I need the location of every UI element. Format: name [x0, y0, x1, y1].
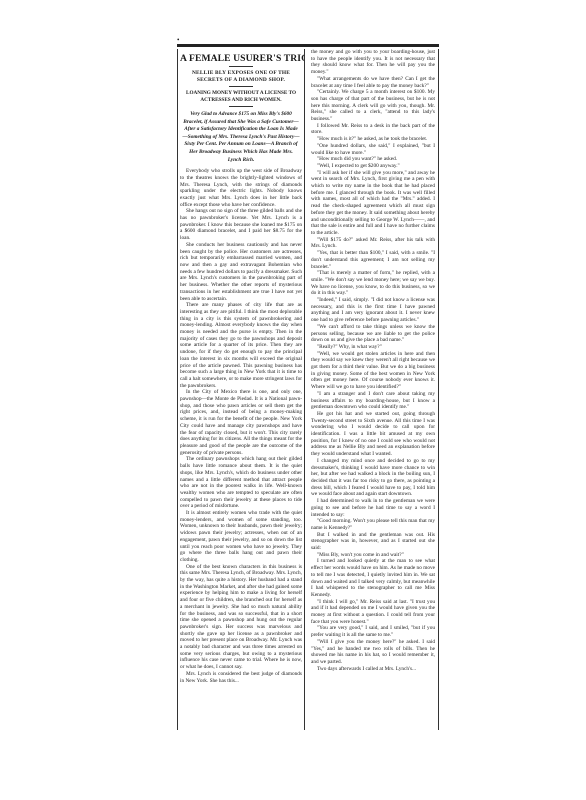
paragraph: "Miss Bly, won't you come in and wait?": [311, 552, 435, 559]
paragraph: "I am a stranger and I don't care about …: [311, 391, 435, 411]
paragraph: "That is merely a matter of form," he re…: [311, 270, 435, 297]
paragraph: But I walked in and the gentleman was ou…: [311, 532, 435, 552]
paragraph: Everybody who strolls up the west side o…: [180, 168, 302, 208]
paragraph: It is almost entirely women who trade wi…: [180, 510, 302, 564]
paragraph: "Really?" Why, in what way?": [311, 344, 435, 351]
paragraph: "Yes, that is better than $100," I said,…: [311, 250, 435, 270]
top-rule: [177, 44, 439, 47]
paragraph: "Will I give you the money here?" he ask…: [311, 639, 435, 666]
paragraph: Two days afterwards I called at Mrs. Lyn…: [311, 666, 435, 673]
newspaper-clipping: A FEMALE USURER'S TRICK. Nellie Bly Expo…: [177, 44, 439, 730]
paragraph: "How much did you want?" he asked.: [311, 156, 435, 163]
divider: [229, 86, 253, 87]
paragraph: He got his hat and we started out, going…: [311, 411, 435, 458]
headline: A FEMALE USURER'S TRICK.: [180, 53, 302, 64]
paragraph: There are many phases of city life that …: [180, 302, 302, 389]
divider: [229, 106, 253, 107]
paragraph: "Well, we would get stolen articles in h…: [311, 351, 435, 391]
column-right: the money and go with you to your boardi…: [308, 49, 439, 730]
paragraph: I followed Mr. Reiss to a desk in the ba…: [311, 123, 435, 136]
column-left: A FEMALE USURER'S TRICK. Nellie Bly Expo…: [177, 49, 305, 730]
subheadline-1: Nellie Bly Exposes One of the Secrets of…: [180, 70, 302, 84]
paragraph: "We can't afford to take things unless w…: [311, 324, 435, 344]
deck-summary: Very Glad to Advance $175 on Miss Bly's …: [182, 111, 300, 164]
paragraph: "Good morning. Won't you please tell thi…: [311, 518, 435, 531]
paragraph: "I will ask her if she will give you mor…: [311, 170, 435, 237]
paragraph: Mrs. Lynch is considered the best judge …: [180, 671, 302, 684]
paragraph: "Certainly. We charge 5 a month interest…: [311, 89, 435, 123]
paragraph: One of the best known characters in this…: [180, 564, 302, 671]
paragraph: She conducts her business cautiously and…: [180, 242, 302, 302]
paragraph: "Indeed," I said, simply. "I did not kno…: [311, 297, 435, 324]
paragraph: In the City of Mexico there is one, and …: [180, 389, 302, 456]
paragraph: "You are very good," I said, and I smile…: [311, 625, 435, 638]
paragraph: "What arrangements do we have then? Can …: [311, 76, 435, 89]
paragraph: I turned and looked quietly at the man t…: [311, 558, 435, 598]
paragraph: "Well, I expected to get $200 anyway.": [311, 163, 435, 170]
paragraph: "How much is it?" he asked, as he took t…: [311, 136, 435, 143]
paragraph: "One hundred dollars, she said," I expla…: [311, 143, 435, 156]
paragraph: "I think I will go," Mr. Reiss said at l…: [311, 599, 435, 626]
paragraph: "Will $175 do?" asked Mr. Reiss, after h…: [311, 237, 435, 250]
paragraph: the money and go with you to your boardi…: [311, 49, 435, 76]
paragraph: She hangs out no sign of the three gilde…: [180, 208, 302, 242]
paragraph: The ordinary pawnshops which hang out th…: [180, 456, 302, 510]
paragraph: I changed my mind once and decided to go…: [311, 458, 435, 498]
page-mark: •: [177, 36, 179, 44]
paragraph: I had determined to walk in to the gentl…: [311, 498, 435, 518]
subheadline-2: Loaning Money Without a License to Actre…: [180, 90, 302, 104]
divider: [229, 66, 253, 67]
